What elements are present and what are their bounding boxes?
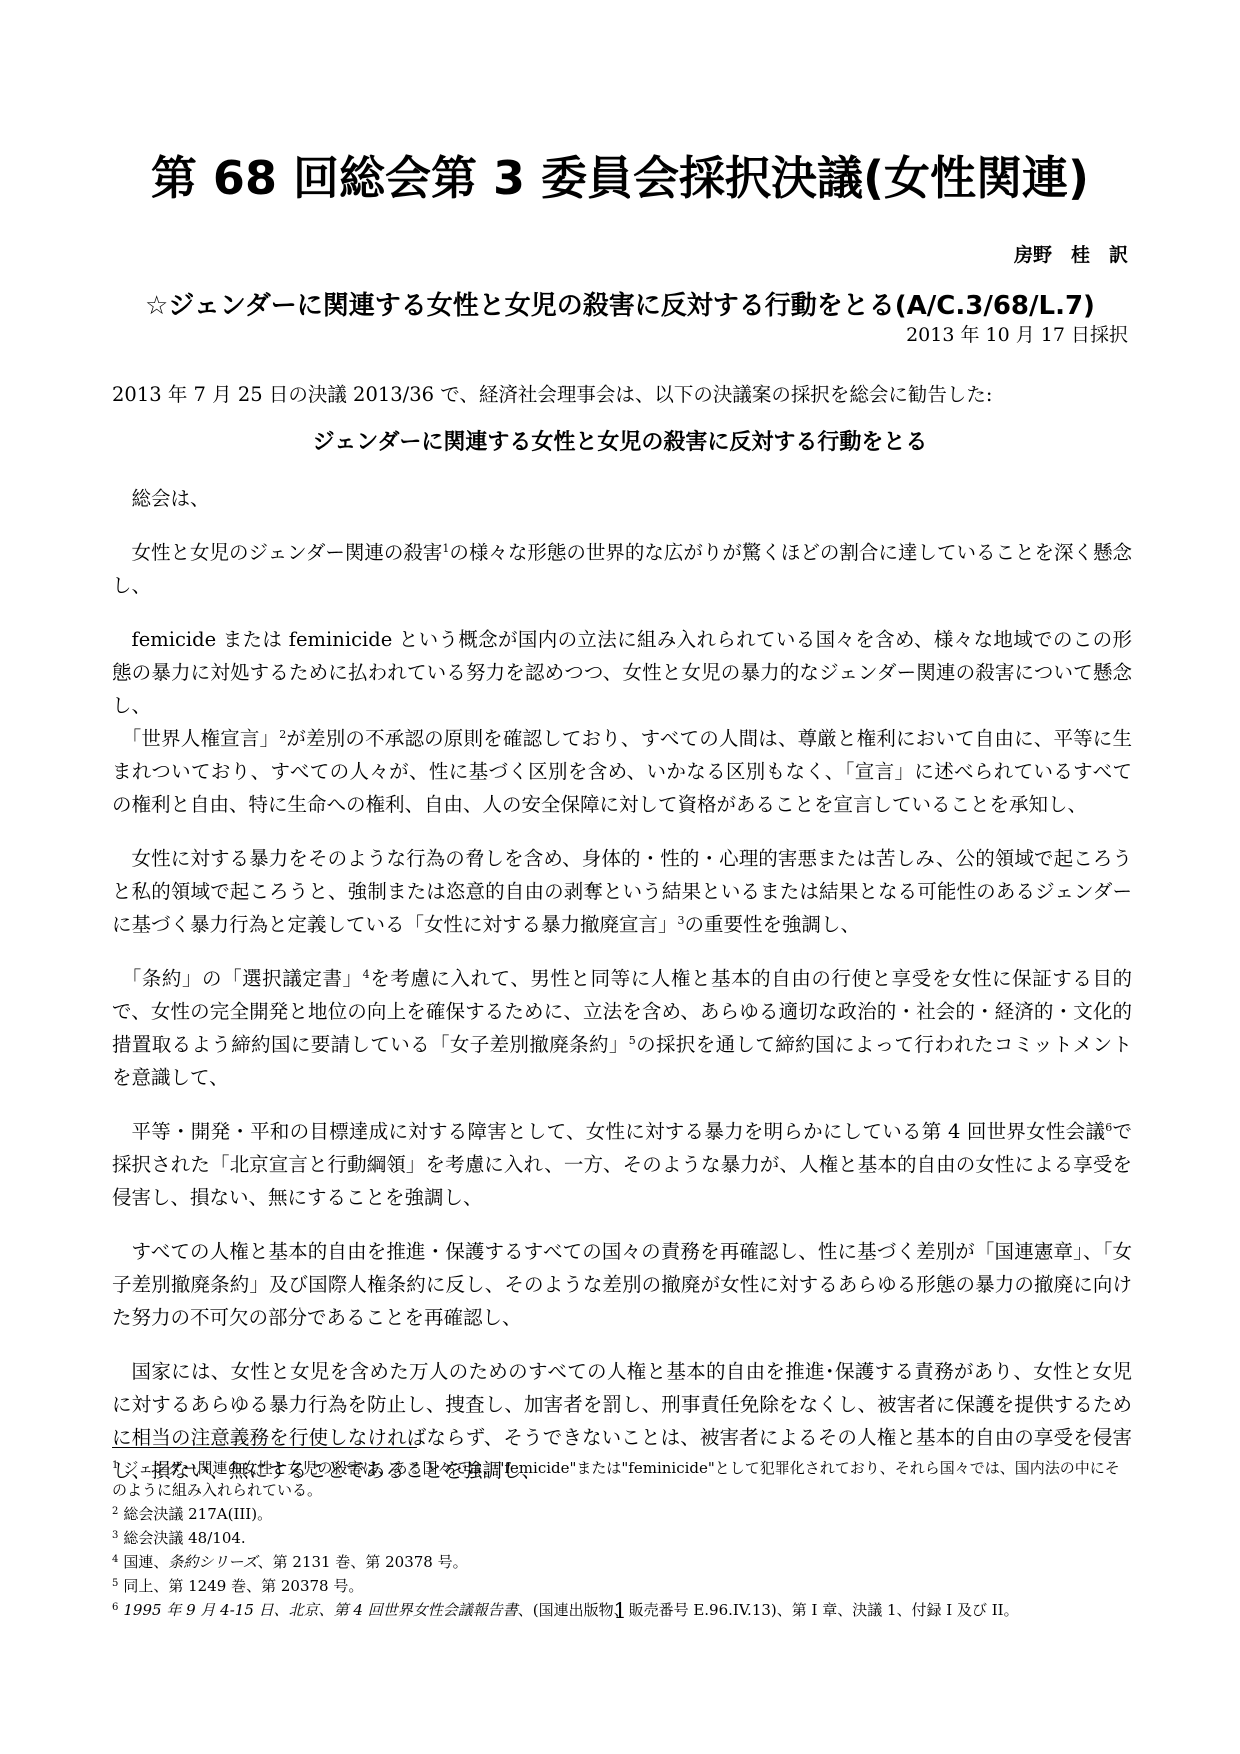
paragraph-text: 「世界人権宣言」 — [122, 727, 279, 750]
footnote-4: 4国連、条約シリーズ、第 2131 巻、第 20378 号。 — [112, 1549, 1132, 1573]
footnote-1: 1ジェンダー関連の女性と女児の殺害は、ある国々では、"femicide"または"… — [112, 1455, 1132, 1501]
paragraph-text: すべての人権と基本的自由を推進・保護するすべての国々の責務を再確認し、性に基づく… — [112, 1240, 1132, 1329]
adopted-date: 2013 年 10 月 17 日採択 — [906, 323, 1128, 347]
paragraph-text: 「条約」の「選択議定書」 — [122, 967, 363, 990]
document-title: 第 68 回総会第 3 委員会採択決議(女性関連) — [100, 148, 1140, 208]
paragraph-text: 女性に対する暴力をそのような行為の脅しを含め、身体的・性的・心理的害悪または苦し… — [112, 847, 1132, 936]
translator-credit: 房野 桂 訳 — [1014, 240, 1128, 267]
paragraph-3: 「世界人権宣言」2が差別の不承認の原則を確認しており、すべての人間は、尊厳と権利… — [112, 722, 1132, 821]
paragraph-2: femicide または feminicide という概念が国内の立法に組み入れ… — [112, 623, 1132, 722]
paragraph-7: すべての人権と基本的自由を推進・保護するすべての国々の責務を再確認し、性に基づく… — [112, 1235, 1132, 1334]
footnote-ref-3[interactable]: 3 — [678, 914, 685, 927]
page-number: 1 — [0, 1598, 1240, 1624]
footnote-separator — [112, 1447, 417, 1448]
footnote-number: 3 — [112, 1530, 118, 1541]
paragraph-text: 女性と女児のジェンダー関連の殺害 — [132, 541, 443, 564]
paragraph-6: 平等・開発・平和の目標達成に対する障害として、女性に対する暴力を明らかにしている… — [112, 1115, 1132, 1214]
resolution-subheading: ジェンダーに関連する女性と女児の殺害に反対する行動をとる — [100, 428, 1140, 458]
paragraph-general-assembly: 総会は、 — [112, 482, 1132, 515]
footnotes: 1ジェンダー関連の女性と女児の殺害は、ある国々では、"femicide"または"… — [112, 1455, 1132, 1621]
paragraph-text: femicide または feminicide という概念が国内の立法に組み入れ… — [112, 628, 1132, 717]
footnote-italic-title: 条約シリーズ — [168, 1553, 257, 1571]
footnote-text: 総会決議 48/104. — [123, 1529, 245, 1547]
document-page: 第 68 回総会第 3 委員会採択決議(女性関連) 房野 桂 訳 ☆ジェンダーに… — [0, 0, 1240, 1754]
paragraph-text: 平等・開発・平和の目標達成に対する障害として、女性に対する暴力を明らかにしている… — [132, 1120, 1106, 1143]
footnote-text: 総会決議 217A(III)。 — [123, 1505, 272, 1523]
footnote-number: 4 — [112, 1554, 118, 1565]
paragraph-4: 女性に対する暴力をそのような行為の脅しを含め、身体的・性的・心理的害悪または苦し… — [112, 842, 1132, 941]
footnote-ref-4[interactable]: 4 — [363, 968, 370, 981]
paragraph-text: の重要性を強調し、 — [685, 913, 861, 936]
footnote-text: 、第 2131 巻、第 20378 号。 — [258, 1553, 468, 1571]
paragraph-5: 「条約」の「選択議定書」4を考慮に入れて、男性と同等に人権と基本的自由の行使と享… — [112, 962, 1132, 1094]
footnote-text: 国連、 — [123, 1553, 168, 1571]
footnote-5: 5同上、第 1249 巻、第 20378 号。 — [112, 1573, 1132, 1597]
footnote-3: 3総会決議 48/104. — [112, 1525, 1132, 1549]
footnote-number: 5 — [112, 1578, 118, 1589]
paragraph-text: 総会は、 — [132, 487, 210, 510]
footnote-text: 同上、第 1249 巻、第 20378 号。 — [123, 1577, 363, 1595]
intro-paragraph: 2013 年 7 月 25 日の決議 2013/36 で、経済社会理事会は、以下… — [112, 382, 1132, 408]
footnote-ref-5[interactable]: 5 — [629, 1034, 636, 1047]
footnote-number: 2 — [112, 1506, 118, 1517]
resolution-heading: ☆ジェンダーに関連する女性と女児の殺害に反対する行動をとる(A/C.3/68/L… — [100, 289, 1140, 323]
resolution-body: 総会は、 女性と女児のジェンダー関連の殺害1の様々な形態の世界的な広がりが驚くほ… — [112, 482, 1132, 1508]
paragraph-1: 女性と女児のジェンダー関連の殺害1の様々な形態の世界的な広がりが驚くほどの割合に… — [112, 536, 1132, 602]
footnote-number: 1 — [112, 1460, 118, 1471]
footnote-2: 2総会決議 217A(III)。 — [112, 1501, 1132, 1525]
footnote-text: ジェンダー関連の女性と女児の殺害は、ある国々では、"femicide"または"f… — [112, 1459, 1120, 1499]
